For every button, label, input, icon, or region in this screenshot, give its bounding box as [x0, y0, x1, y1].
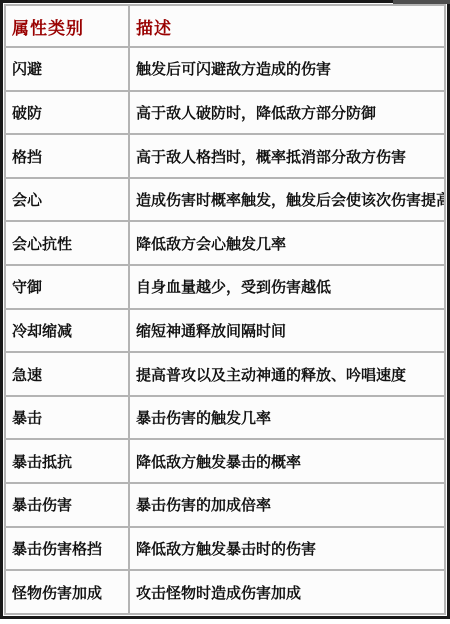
table-row: 破防 高于敌人破防时，降低敌方部分防御 [5, 91, 445, 135]
table-frame: 属性类别 描述 闪避 触发后可闪避敌方造成的伤害 破防 高于敌人破防时，降低敌方… [0, 0, 450, 619]
attributes-table: 属性类别 描述 闪避 触发后可闪避敌方造成的伤害 破防 高于敌人破防时，降低敌方… [4, 4, 446, 615]
table-row: 怪物伤害加成 攻击怪物时造成伤害加成 [5, 570, 445, 614]
description-cell: 降低敌方触发暴击的概率 [129, 439, 445, 483]
table-row: 会心 造成伤害时概率触发，触发后会使该次伤害提高 [5, 178, 445, 222]
table-row: 暴击抵抗 降低敌方触发暴击的概率 [5, 439, 445, 483]
attribute-cell: 暴击 [5, 396, 129, 440]
table-row: 暴击伤害 暴击伤害的加成倍率 [5, 483, 445, 527]
description-cell: 高于敌人破防时，降低敌方部分防御 [129, 91, 445, 135]
table-row: 急速 提高普攻以及主动神通的释放、吟唱速度 [5, 352, 445, 396]
description-cell: 攻击怪物时造成伤害加成 [129, 570, 445, 614]
table-row: 闪避 触发后可闪避敌方造成的伤害 [5, 47, 445, 91]
attribute-cell: 破防 [5, 91, 129, 135]
attribute-cell: 怪物伤害加成 [5, 570, 129, 614]
attribute-cell: 闪避 [5, 47, 129, 91]
description-cell: 暴击伤害的触发几率 [129, 396, 445, 440]
frame-top-right-band [393, 0, 450, 4]
description-cell: 缩短神通释放间隔时间 [129, 309, 445, 353]
description-cell: 高于敌人格挡时，概率抵消部分敌方伤害 [129, 134, 445, 178]
table-row: 暴击伤害格挡 降低敌方触发暴击时的伤害 [5, 527, 445, 571]
table-row: 守御 自身血量越少，受到伤害越低 [5, 265, 445, 309]
screenshot-root: 属性类别 描述 闪避 触发后可闪避敌方造成的伤害 破防 高于敌人破防时，降低敌方… [0, 0, 450, 624]
attribute-cell: 暴击伤害 [5, 483, 129, 527]
table-row: 会心抗性 降低敌方会心触发几率 [5, 221, 445, 265]
description-cell: 降低敌方触发暴击时的伤害 [129, 527, 445, 571]
column-header-description: 描述 [129, 5, 445, 47]
attribute-cell: 暴击抵抗 [5, 439, 129, 483]
attribute-cell: 急速 [5, 352, 129, 396]
attribute-cell: 格挡 [5, 134, 129, 178]
table-row: 暴击 暴击伤害的触发几率 [5, 396, 445, 440]
header-row: 属性类别 描述 [5, 5, 445, 47]
description-cell: 自身血量越少，受到伤害越低 [129, 265, 445, 309]
table-row: 冷却缩减 缩短神通释放间隔时间 [5, 309, 445, 353]
attribute-cell: 冷却缩减 [5, 309, 129, 353]
column-header-attribute: 属性类别 [5, 5, 129, 47]
description-cell: 触发后可闪避敌方造成的伤害 [129, 47, 445, 91]
description-cell: 暴击伤害的加成倍率 [129, 483, 445, 527]
attribute-cell: 会心抗性 [5, 221, 129, 265]
description-cell: 降低敌方会心触发几率 [129, 221, 445, 265]
description-cell: 造成伤害时概率触发，触发后会使该次伤害提高 [129, 178, 445, 222]
attribute-cell: 会心 [5, 178, 129, 222]
attribute-cell: 暴击伤害格挡 [5, 527, 129, 571]
description-cell: 提高普攻以及主动神通的释放、吟唱速度 [129, 352, 445, 396]
attribute-cell: 守御 [5, 265, 129, 309]
table-row: 格挡 高于敌人格挡时，概率抵消部分敌方伤害 [5, 134, 445, 178]
